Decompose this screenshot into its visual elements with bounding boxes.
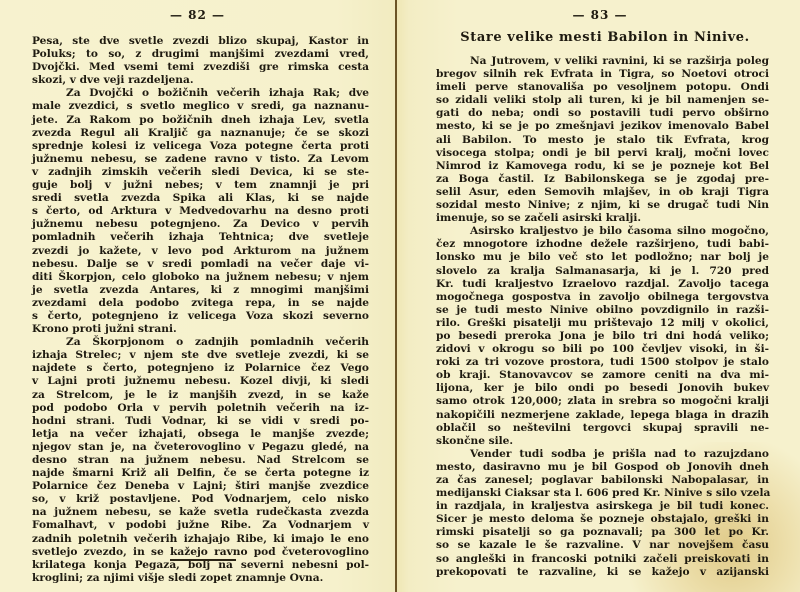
left-page: — 82 — Pesa, ste dve svetle zvezdi blizo… [0,0,395,592]
text-line: Krono proti južni strani. [32,323,369,336]
text-line: visocega stolpa; ondi je bil pervi kralj… [436,147,769,160]
text-line: imenuje, so se začeli asirski kralji. [436,212,769,225]
text-line: pod podobo Orla v pervih poletnih večeri… [32,402,369,415]
text-line: diti Škorpjon, celo globoko na južnem ne… [32,271,369,284]
text-line: sprednje kolesi iz velicega Voza potegne… [32,140,369,153]
text-line: v Lajni proti južnemu nebesu. Kozel divj… [32,375,369,388]
text-line: so angleški in francoski potniki začeli … [436,553,769,566]
text-line: rimski pisatelji so ga poznavali; pa 300… [436,526,769,539]
page-number-right: — 83 — [400,8,800,22]
text-line: Za Dvojčki o božičnih večerih izhaja Rak… [32,87,369,100]
text-line: zidovi v okrogu so bili po 100 čevljev v… [436,343,769,356]
text-line: svetlejo zvezdo, in se kažejo ravno pod … [32,546,369,559]
text-line: jete. Za Rakom po božičnih dneh izhaja L… [32,114,369,127]
text-line: zvezdami dela podobo zvitega repa, in se… [32,297,369,310]
text-line: Vender tudi sodba je prišla nad to razuj… [436,448,769,461]
text-line: zvezdi jo kažete, v levo pod Arkturom na… [32,245,369,258]
text-line: lonsko mu je bilo več sto let podložno; … [436,251,769,264]
text-line: Kr. tudi kraljestvo Izraelovo razdjal. Z… [436,278,769,291]
text-line: čez mnogotore izhodne dežele razširjeno,… [436,238,769,251]
text-line: slovelo za kralja Salmanasarja, ki je l.… [436,265,769,278]
left-page-text: Pesa, ste dve svetle zvezdi blizo skupaj… [32,35,369,585]
text-line: rilo. Greški pisatelji mu prištevajo 12 … [436,317,769,330]
text-line: mesto, ki se je po zmešnjavi jezikov ime… [436,120,769,133]
chapter-title: Stare velike mesti Babilon in Ninive. [440,30,770,45]
text-line: desno stran na južnem nebesu. Nad Strelc… [32,454,369,467]
text-line: so se kazale le še razvaline. V nar nove… [436,539,769,552]
text-line: Nimrod iz Kamovega rodu, ki se je poznej… [436,160,769,173]
text-line: roki za tri vozove prostora, tudi 1500 s… [436,356,769,369]
text-line: hodni strani. Tudi Vodnar, ki se vidi v … [32,415,369,428]
text-line: Polarnice čez Deneba v Lajni; štiri manj… [32,480,369,493]
text-line: Za Škorpjonom o zadnjih pomladnih večeri… [32,336,369,349]
text-line: južnemu nebesu potegnjeno. Za Devico v p… [32,218,369,231]
text-line: s čerto, potegnjeno iz velicega Voza sko… [32,310,369,323]
text-line: skončne sile. [436,435,769,448]
text-line: medijanski Ciaksar sta l. 606 pred Kr. N… [436,487,769,500]
text-line: na južnem nebesu, se kaže svetla rudečka… [32,506,369,519]
text-line: selil Asur, eden Semovih mlajšev, in ob … [436,186,769,199]
text-line: ali Babilon. To mesto je stalo tik Evfra… [436,134,769,147]
text-line: Asirsko kraljestvo je bilo časoma silno … [436,225,769,238]
text-line: Na Jutrovem, v veliki ravnini, ki se raz… [436,55,769,68]
text-line: njegov stan je, na čveterovoglino v Pega… [32,441,369,454]
text-line: se je tudi mesto Ninive obilno povzdigni… [436,304,769,317]
section-end-rule [170,559,236,561]
text-line: imeli perve stanovališa po vesoljnem pot… [436,81,769,94]
text-line: sozidal mesto Ninive; z njim, ki se drug… [436,199,769,212]
text-line: gati do neba; ondi so postavili tudi per… [436,107,769,120]
text-line: so zidali veliki stolp ali turen, ki je … [436,94,769,107]
text-line: za čas zanesel; poglavar babilonski Nabo… [436,474,769,487]
text-line: najde šmarni Križ ali Delfin, če se čert… [32,467,369,480]
text-line: in razdjala, in kraljestva asirskega je … [436,500,769,513]
text-line: zadnih poletnih večerih izhajajo Ribe, k… [32,533,369,546]
text-line: Fomalhavt, v podobi južne Ribe. Za Vodna… [32,519,369,532]
text-line: za Strelcom, je le iz manjših zvezd, in … [32,389,369,402]
text-line: izhaja Strelec; v njem ste dve svetleje … [32,349,369,362]
text-line: po besedi preroka Jona je bilo tri dni h… [436,330,769,343]
text-line: pomladnih večerih izhaja Tehtnica; dve s… [32,231,369,244]
text-line: mesto, dasiravno mu je bil Gospod ob Jon… [436,461,769,474]
text-line: ob kraji. Stanovavcov se zamore ceniti n… [436,369,769,382]
text-line: mogočnega gospostva in zavoljo obilnega … [436,291,769,304]
text-line: oblačil so neštevilni tergovci skupaj sp… [436,422,769,435]
text-line: sredi svetla zvezda Spika ali Klas, ki s… [32,192,369,205]
text-line: nebesu. Dalje se v sredi pomladi na veče… [32,258,369,271]
page-number-left: — 82 — [0,8,395,22]
text-line: so, v križ postavljene. Pod Vodnarjem, c… [32,493,369,506]
right-page-text: Na Jutrovem, v veliki ravnini, ki se raz… [436,55,769,579]
text-line: južnemu nebesu, se zadene ravno v tisto.… [32,153,369,166]
text-line: za Boga častil. Iz Babilonskega se je zg… [436,173,769,186]
text-line: prekopovati te razvaline, ki se kažejo v… [436,566,769,579]
text-line: skozi, v dve veji razdeljena. [32,74,369,87]
text-line: lijona, ker je bilo ondi po besedi Jonov… [436,382,769,395]
text-line: v zadnjih zimskih večerih sledi Devica, … [32,166,369,179]
text-line: najdete s čerto, potegnjeno iz Polarnice… [32,362,369,375]
text-line: s čerto, od Arktura v Medvedovarhu na de… [32,205,369,218]
text-line: kroglini; za njimi višje sledi zopet zna… [32,572,369,585]
text-line: Pesa, ste dve svetle zvezdi blizo skupaj… [32,35,369,48]
text-line: Dvojčki. Med vsemi temi zvezdiši gre rim… [32,61,369,74]
text-line: Sicer je mesto deloma še pozneje obstaja… [436,513,769,526]
text-line: je svetla zvezda Antares, ki z mnogimi m… [32,284,369,297]
text-line: nakopičili nezmerjene zaklade, lepega bl… [436,409,769,422]
text-line: letja na večer izhajati, obsega le manjš… [32,428,369,441]
text-line: guje bolj v južni nebes; v tem znamnji j… [32,179,369,192]
text-line: Poluks; to so, z drugimi manjšimi zvezda… [32,48,369,61]
text-line: zvezda Regul ali Kraljič ga naznanuje; č… [32,127,369,140]
text-line: bregov silnih rek Evfrata in Tigra, so N… [436,68,769,81]
text-line: samo otrok 120,000; zlata in srebra so m… [436,395,769,408]
text-line: male zvezdici, s svetlo meglico v sredi,… [32,100,369,113]
